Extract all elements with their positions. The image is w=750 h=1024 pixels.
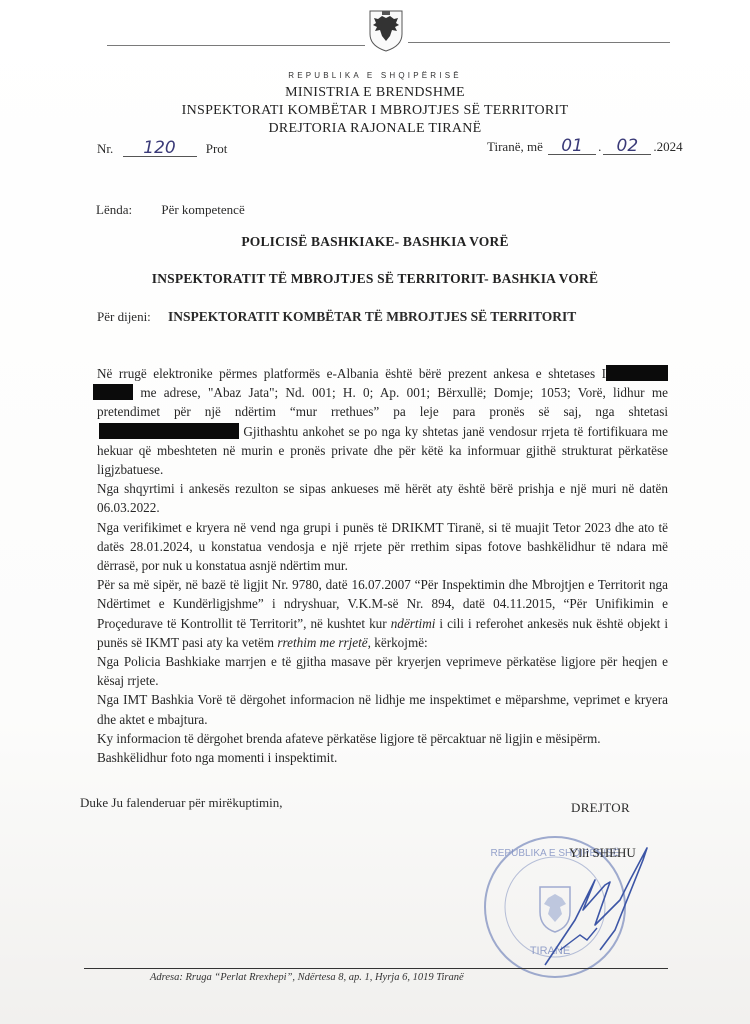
inspectorate-name: INSPEKTORATI KOMBËTAR I MBROJTJES SË TER… bbox=[0, 103, 750, 119]
directorate-name: DREJTORIA RAJONALE TIRANË bbox=[0, 121, 750, 137]
albania-emblem-icon bbox=[367, 8, 405, 52]
legal-text-c: , kërkojmë: bbox=[368, 635, 428, 650]
paragraph-attachment: Bashkëlidhur foto nga momenti i inspekti… bbox=[97, 748, 668, 767]
prot-label: Prot bbox=[206, 141, 228, 156]
paragraph-legal-basis: Për sa më sipër, në bazë të ligjit Nr. 9… bbox=[97, 575, 668, 652]
nr-value: 120 bbox=[123, 140, 197, 157]
date-month: 02 bbox=[603, 138, 651, 155]
header-rule-left bbox=[107, 45, 365, 46]
redaction-box bbox=[93, 384, 133, 400]
redaction-box bbox=[606, 365, 668, 381]
footer-address: Adresa: Rruga “Perlat Rrexhepi”, Ndërtes… bbox=[150, 972, 464, 983]
subject-label: Lënda: bbox=[96, 202, 132, 217]
paragraph-request-police: Nga Policia Bashkiake marrjen e të gjith… bbox=[97, 652, 668, 690]
paragraph-deadline: Ky informacion të dërgohet brenda afatev… bbox=[97, 729, 668, 748]
legal-emphasis-construction: ndërtimi bbox=[391, 616, 436, 631]
nr-label: Nr. bbox=[97, 141, 113, 156]
document-date: Tiranë, më 01.02.2024 bbox=[487, 138, 683, 155]
header-rule-right bbox=[408, 42, 670, 43]
paragraph-request-imt: Nga IMT Bashkia Vorë të dërgohet informa… bbox=[97, 690, 668, 728]
place-label: Tiranë, më bbox=[487, 139, 543, 154]
complaint-text-a: Në rrugë elektronike përmes platformës e… bbox=[97, 366, 606, 381]
subject-line: Lënda: Për kompetencë bbox=[96, 202, 245, 218]
republic-label: REPUBLIKA E SHQIPËRISË bbox=[0, 71, 750, 80]
closing-thanks: Duke Ju falenderuar për mirëkuptimin, bbox=[80, 795, 283, 811]
addressee-inspectorate-vore: INSPEKTORATIT TË MBROJTJES SË TERRITORIT… bbox=[0, 271, 750, 287]
letter-body: Në rrugë elektronike përmes platformës e… bbox=[97, 364, 668, 767]
date-year: 2024 bbox=[657, 139, 683, 154]
date-day: 01 bbox=[548, 138, 596, 155]
addressee-municipal-police: POLICISË BASHKIAKE- BASHKIA VORË bbox=[0, 234, 750, 250]
paragraph-review: Nga shqyrtimi i ankesës rezulton se sipa… bbox=[97, 479, 668, 517]
document-page: REPUBLIKA E SHQIPËRISË MINISTRIA E BREND… bbox=[0, 0, 750, 1024]
protocol-number: Nr. 120 Prot bbox=[97, 140, 227, 157]
cc-line: Për dijeni: INSPEKTORATIT KOMBËTAR TË MB… bbox=[97, 309, 576, 325]
cc-value: INSPEKTORATIT KOMBËTAR TË MBROJTJES SË T… bbox=[168, 309, 576, 324]
paragraph-complaint: Në rrugë elektronike përmes platformës e… bbox=[97, 364, 668, 479]
signer-title: DREJTOR bbox=[571, 800, 630, 816]
paragraph-verification: Nga verifikimet e kryera në vend nga gru… bbox=[97, 518, 668, 576]
footer-rule bbox=[84, 968, 668, 969]
legal-emphasis-fence: rrethim me rrjetë bbox=[277, 635, 367, 650]
handwritten-signature-icon bbox=[535, 840, 655, 970]
ministry-name: MINISTRIA E BRENDSHME bbox=[0, 85, 750, 101]
cc-label: Për dijeni: bbox=[97, 309, 151, 324]
subject-value: Për kompetencë bbox=[161, 202, 244, 217]
redaction-box bbox=[99, 423, 239, 439]
complaint-text-b: me adrese, "Abaz Jata"; Nd. 001; H. 0; A… bbox=[97, 385, 668, 419]
